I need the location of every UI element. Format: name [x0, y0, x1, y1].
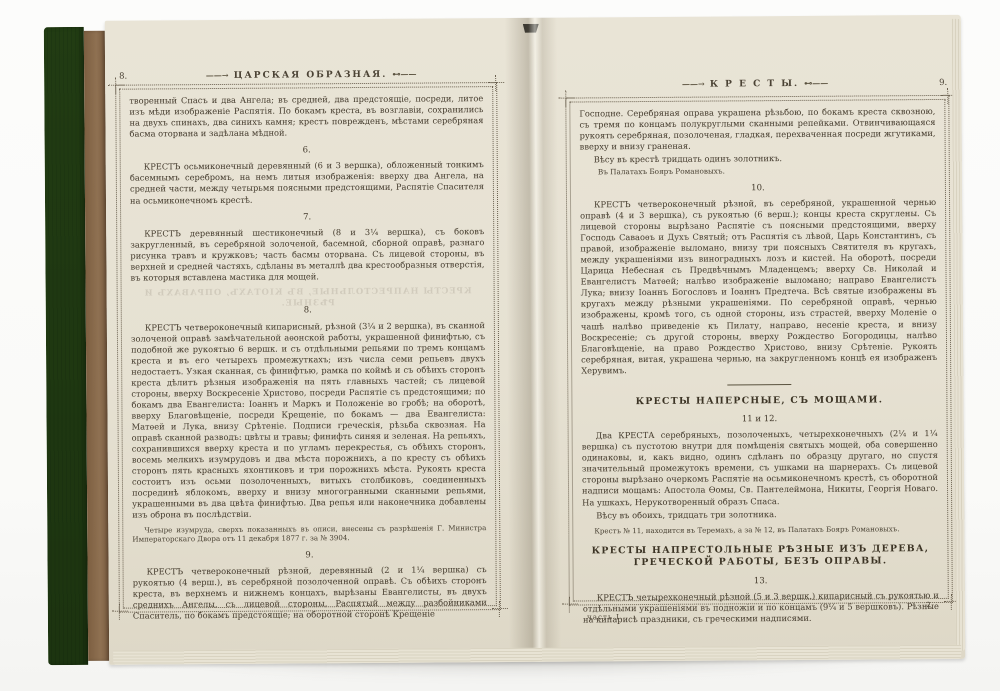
- text-block: Вѣсу въ обоихъ, тридцать три золотника.: [582, 508, 938, 522]
- flourish-left-icon: ——→: [206, 70, 229, 80]
- left-page: 8. ——→ ЦАРСКАЯ ОБРАЗНАЯ. ⊷—— творенный С…: [105, 18, 513, 665]
- signature-mark: 2: [926, 600, 931, 609]
- right-running-title: ——→ К Р Е С Т Ы. ⊷——: [571, 77, 939, 91]
- frame-corner-ornament: [558, 91, 574, 107]
- left-page-number: 8.: [119, 72, 127, 82]
- right-page-number: 9.: [939, 78, 947, 88]
- text-block: КРЕСТЪ четвероконечный рѣзной, деревянны…: [133, 564, 487, 622]
- gutter-shadow: [505, 18, 561, 662]
- flourish-right-icon: ⊷——: [392, 69, 416, 79]
- left-running-head: 8. ——→ ЦАРСКАЯ ОБРАЗНАЯ. ⊷——: [119, 68, 495, 82]
- text-block: Вѣсу въ крестѣ тридцать одинъ золотникъ.: [580, 152, 936, 166]
- flourish-right-icon: ⊷——: [804, 78, 828, 88]
- text-block: КРЕСТЫ НАПРЕСТОЛЬНЫЕ, ВЪ КІОТАХЪ, ОПРАВА…: [131, 285, 485, 310]
- section-heading: КРЕСТЫ НАПЕРСНЫЕ, СЪ МОЩАМИ.: [581, 394, 937, 409]
- frame-corner-ornament: [112, 604, 128, 620]
- right-running-title-text: К Р Е С Т Ы.: [710, 79, 799, 90]
- text-block: КРЕСТЪ четырехконечный рѣзной (5 и 3 вер…: [583, 590, 939, 626]
- right-page: ——→ К Р Е С Т Ы. ⊷—— 9. Господне. Серебр…: [557, 15, 965, 662]
- text-block: КРЕСТЪ деревянный шестиконечный (8 и 3¼ …: [130, 226, 484, 284]
- right-running-head: ——→ К Р Е С Т Ы. ⊷—— 9.: [571, 77, 947, 91]
- open-book: 8. ——→ ЦАРСКАЯ ОБРАЗНАЯ. ⊷—— творенный С…: [44, 13, 967, 671]
- left-page-frame: творенный Спасъ и два Ангела; въ средней…: [115, 82, 501, 613]
- right-page-frame: Господне. Серебряная оправа украшена рѣз…: [565, 95, 953, 606]
- book-cover-left: [44, 27, 88, 665]
- text-block: КРЕСТЪ осьмиконечный деревянный (6 и 3 в…: [130, 160, 484, 207]
- footnote: Крестъ № 11, находится въ Теремахъ, а за…: [582, 524, 938, 536]
- page-block: 8. ——→ ЦАРСКАЯ ОБРАЗНАЯ. ⊷—— творенный С…: [105, 15, 965, 665]
- text-block: Господне. Серебряная оправа украшена рѣз…: [579, 106, 935, 153]
- footnote: Четыре изумруда, сверхъ показанныхъ въ о…: [132, 523, 486, 544]
- text-block: КРЕСТЪ четвероконечный рѣзной, въ серебр…: [580, 197, 937, 376]
- section-number: 9.: [132, 549, 486, 563]
- section-divider: [727, 384, 791, 385]
- frame-corner-ornament: [562, 596, 578, 612]
- frame-corner-ornament: [492, 601, 508, 617]
- section-number: 6.: [130, 144, 484, 158]
- section-number: 13.: [583, 574, 939, 588]
- text-block: творенный Спасъ и два Ангела; въ средней…: [129, 93, 483, 140]
- left-running-title: ——→ ЦАРСКАЯ ОБРАЗНАЯ. ⊷——: [127, 68, 495, 82]
- section-number: 11 и 12.: [582, 413, 938, 427]
- left-running-title-text: ЦАРСКАЯ ОБРАЗНАЯ.: [234, 70, 388, 81]
- text-block: Два КРЕСТА серебряныхъ, позолоченыхъ, че…: [582, 428, 939, 508]
- section-number: 7.: [130, 211, 484, 225]
- section-heading: КРЕСТЫ НАПРЕСТОЛЬНЫЕ РѢЗНЫЕ ИЗЪ ДЕРЕВА, …: [582, 543, 938, 570]
- text-block: КРЕСТЪ четвероконечный кипарисный, рѣзно…: [131, 320, 486, 521]
- flourish-left-icon: ——→: [682, 79, 705, 89]
- section-number: 10.: [580, 182, 936, 196]
- text-block: Въ Палатахъ Бояръ Романовыхъ.: [580, 165, 936, 177]
- part-label: часть I.: [587, 612, 623, 621]
